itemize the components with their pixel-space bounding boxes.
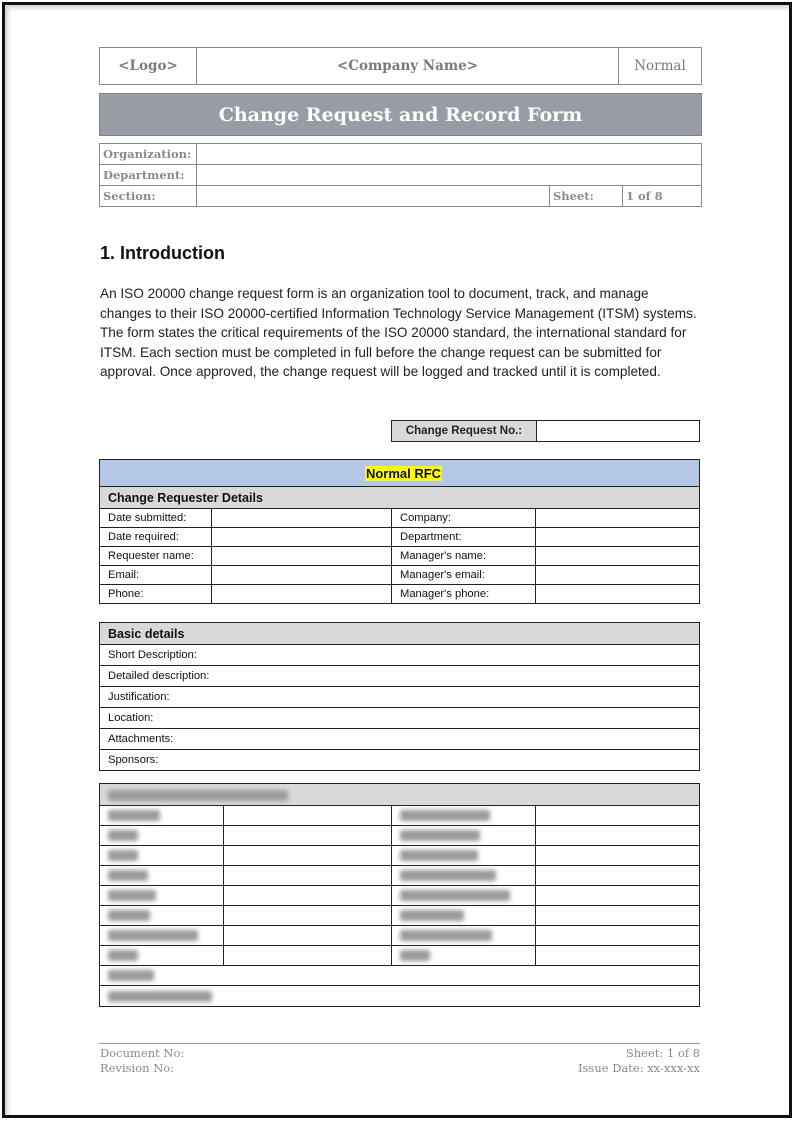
redacted-text xyxy=(108,930,198,941)
phone-field[interactable] xyxy=(212,585,392,604)
table-row: Email: Manager's email: xyxy=(100,566,700,585)
redacted-text xyxy=(400,870,496,881)
redacted-field[interactable] xyxy=(100,986,700,1007)
rfc-type-label: Normal RFC xyxy=(365,466,442,481)
redacted-text xyxy=(108,810,160,821)
footer-sheet: Sheet: 1 of 8 xyxy=(578,1046,700,1061)
organization-field[interactable] xyxy=(197,144,702,165)
redacted-section-header xyxy=(100,784,700,806)
email-field[interactable] xyxy=(212,566,392,585)
redacted-field[interactable] xyxy=(536,926,700,946)
footer-right: Sheet: 1 of 8 Issue Date: xx-xxx-xx xyxy=(578,1046,700,1076)
redacted-text xyxy=(108,950,138,961)
redacted-table xyxy=(99,783,700,1007)
short-description-field[interactable]: Short Description: xyxy=(100,645,700,666)
table-row: Requester name: Manager's name: xyxy=(100,547,700,566)
redacted-field[interactable] xyxy=(536,866,700,886)
revision-number: Revision No: xyxy=(100,1061,184,1076)
intro-paragraph: An ISO 20000 change request form is an o… xyxy=(100,284,700,382)
redacted-field[interactable] xyxy=(536,946,700,966)
basic-details-table: Basic details Short Description: Detaile… xyxy=(99,622,700,771)
redacted-field[interactable] xyxy=(536,846,700,866)
manager-email-field[interactable] xyxy=(536,566,700,585)
requester-name-label: Requester name: xyxy=(100,547,212,566)
redacted-field[interactable] xyxy=(224,866,392,886)
footer-divider xyxy=(99,1043,700,1044)
redacted-field[interactable] xyxy=(224,826,392,846)
organization-label: Organization: xyxy=(100,144,197,165)
redacted-field[interactable] xyxy=(224,846,392,866)
department-label: Department: xyxy=(100,165,197,186)
department-field[interactable] xyxy=(197,165,702,186)
requester-section-header: Change Requester Details xyxy=(100,487,700,509)
form-title: Change Request and Record Form xyxy=(99,93,702,136)
redacted-text xyxy=(108,991,212,1002)
redacted-text xyxy=(108,850,138,861)
section-heading: 1. Introduction xyxy=(100,243,225,264)
table-row: Phone: Manager's phone: xyxy=(100,585,700,604)
redacted-field[interactable] xyxy=(536,826,700,846)
redacted-text xyxy=(108,910,150,921)
redacted-field[interactable] xyxy=(100,966,700,986)
logo-placeholder: <Logo> xyxy=(100,48,197,84)
redacted-text xyxy=(400,890,510,901)
redacted-field[interactable] xyxy=(536,886,700,906)
redacted-text xyxy=(400,830,480,841)
classification-label: Normal xyxy=(619,48,701,84)
change-request-number-field[interactable] xyxy=(537,421,699,441)
requester-name-field[interactable] xyxy=(212,547,392,566)
redacted-text xyxy=(400,950,430,961)
department-field[interactable] xyxy=(536,528,700,547)
redacted-field[interactable] xyxy=(536,806,700,826)
change-request-number: Change Request No.: xyxy=(391,420,700,442)
manager-email-label: Manager's email: xyxy=(392,566,536,585)
redacted-field[interactable] xyxy=(224,906,392,926)
issue-date: Issue Date: xx-xxx-xx xyxy=(578,1061,700,1076)
redacted-field[interactable] xyxy=(224,946,392,966)
company-name: <Company Name> xyxy=(197,48,619,84)
manager-phone-field[interactable] xyxy=(536,585,700,604)
redacted-text xyxy=(108,830,138,841)
table-row: Date submitted: Company: xyxy=(100,509,700,528)
table-row: Date required: Department: xyxy=(100,528,700,547)
redacted-field[interactable] xyxy=(224,926,392,946)
sheet-value: 1 of 8 xyxy=(623,186,702,207)
date-submitted-field[interactable] xyxy=(212,509,392,528)
email-label: Email: xyxy=(100,566,212,585)
department-label: Department: xyxy=(392,528,536,547)
date-required-field[interactable] xyxy=(212,528,392,547)
document-number: Document No: xyxy=(100,1046,184,1061)
redacted-text xyxy=(108,890,156,901)
requester-details-table: Normal RFC Change Requester Details Date… xyxy=(99,459,700,604)
date-required-label: Date required: xyxy=(100,528,212,547)
redacted-field[interactable] xyxy=(536,906,700,926)
date-submitted-label: Date submitted: xyxy=(100,509,212,528)
attachments-field[interactable]: Attachments: xyxy=(100,729,700,750)
location-field[interactable]: Location: xyxy=(100,708,700,729)
phone-label: Phone: xyxy=(100,585,212,604)
manager-name-field[interactable] xyxy=(536,547,700,566)
basic-section-header: Basic details xyxy=(100,623,700,645)
document-header: <Logo> <Company Name> Normal xyxy=(99,47,702,85)
change-request-number-label: Change Request No.: xyxy=(392,421,537,441)
rfc-type-header: Normal RFC xyxy=(100,460,700,487)
redacted-field[interactable] xyxy=(224,886,392,906)
company-label: Company: xyxy=(392,509,536,528)
detailed-description-field[interactable]: Detailed description: xyxy=(100,666,700,687)
sponsors-field[interactable]: Sponsors: xyxy=(100,750,700,771)
sheet-label: Sheet: xyxy=(550,186,623,207)
justification-field[interactable]: Justification: xyxy=(100,687,700,708)
redacted-text xyxy=(400,910,464,921)
redacted-text xyxy=(108,870,148,881)
redacted-text xyxy=(108,970,154,981)
company-field[interactable] xyxy=(536,509,700,528)
redacted-text xyxy=(400,930,492,941)
section-label: Section: xyxy=(100,186,197,207)
redacted-field[interactable] xyxy=(224,806,392,826)
redacted-text xyxy=(400,810,490,821)
manager-name-label: Manager's name: xyxy=(392,547,536,566)
meta-table: Organization: Department: Section: Sheet… xyxy=(99,143,702,207)
section-field[interactable] xyxy=(197,186,550,207)
footer-left: Document No: Revision No: xyxy=(100,1046,184,1076)
manager-phone-label: Manager's phone: xyxy=(392,585,536,604)
redacted-text xyxy=(108,790,288,801)
redacted-text xyxy=(400,850,478,861)
